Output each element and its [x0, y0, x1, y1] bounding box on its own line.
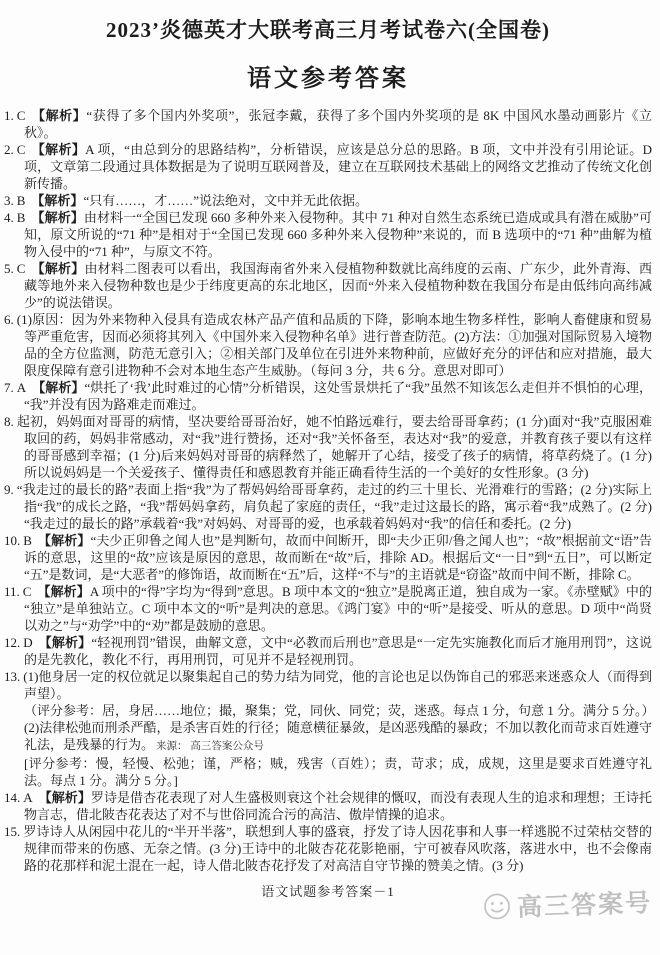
- answer-letter: A: [23, 790, 32, 805]
- analysis-tag: 【解析】: [37, 584, 89, 599]
- answer-text: “夫少正卯鲁之闻人也”是判断句，故而中间断开，即“夫少正卯/鲁之闻人也”；“故”…: [24, 533, 652, 582]
- answer-number: 2.: [4, 142, 14, 157]
- answer-item-8: 8.起初，妈妈面对哥哥的病情，坚决要给哥哥治好，她不怕路远难行，要去给哥哥拿药；…: [4, 413, 652, 481]
- answer-number: 8.: [4, 414, 14, 429]
- answer-item-1: 1.C【解析】“获得了多个国内外奖项”，张冠李戴，获得了多个国内外奖项的是 8K…: [4, 107, 652, 141]
- answer-text: A 项，“由总到分的思路结构”，分析错误，应该是总分总的思路。B 项，文中并没有…: [24, 142, 652, 191]
- answer-item-7: 7.A【解析】“烘托了‘我’此时难过的心情”分析错误，这处雪景烘托了“我”虽然不…: [4, 379, 652, 413]
- answer-item-12: 12.D【解析】“轻视刑罚”错误，曲解文意，文中“必教而后刑也”意思是“一定先实…: [4, 634, 652, 668]
- answer-text: “我走过的最长的路”表面上指“我”为了帮妈妈给哥哥拿药，走过的约三十里长、光滑难…: [17, 482, 652, 531]
- answer-text: “获得了多个国内外奖项”，张冠李戴，获得了多个国内外奖项的是 8K 中国风水墨动…: [24, 108, 652, 140]
- answer-number: 3.: [4, 193, 14, 208]
- watermark: 高三答案号: [481, 883, 652, 925]
- answer-text: (2)法律松弛而刑杀严酷，是杀害百姓的行径；随意横征暴敛，是凶恶残酷的暴政；不加…: [24, 720, 652, 752]
- analysis-tag: 【解析】: [31, 261, 84, 276]
- answer-item-6: 6.(1)原因：因为外来物种入侵具有造成农林产品产值和品质的下降，影响本地生物多…: [4, 311, 652, 379]
- answer-text: “烘托了‘我’此时难过的心情”分析错误，这处雪景烘托了“我”虽然不知该怎么走但并…: [24, 380, 652, 412]
- answer-text: “只有……，才……”说法绝对，文中并无此依据。: [83, 193, 368, 208]
- answer-text: (1)原因：因为外来物种入侵具有造成农林产品产值和品质的下降，影响本地生物多样性…: [17, 312, 652, 378]
- answer-number: 7.: [4, 380, 14, 395]
- answer-item-10: 10.B【解析】“夫少正卯鲁之闻人也”是判断句，故而中间断开，即“夫少正卯/鲁之…: [4, 532, 652, 583]
- answer-text: “轻视刑罚”错误，曲解文意，文中“必教而后刑也”意思是“一定先实施教化而后才施用…: [24, 635, 652, 667]
- answer-letter: B: [17, 193, 26, 208]
- answer-number: 13.: [4, 669, 20, 684]
- analysis-tag: 【解析】: [31, 193, 83, 208]
- answer-text: 起初，妈妈面对哥哥的病情，坚决要给哥哥治好，她不怕路远难行，要去给哥哥拿药；(1…: [17, 414, 652, 480]
- analysis-tag: 【解析】: [32, 380, 84, 395]
- answer-number: 5.: [4, 261, 14, 276]
- answer-letter: C: [17, 142, 26, 157]
- answer-text: (1)他身居一定的权位就足以聚集起自己的势力结为同党，他的言论也足以伪饰自己的邪…: [23, 669, 652, 701]
- answer-item-14: 14.A【解析】罗诗是借杏花表现了对人生盛极则衰这个社会规律的慨叹，而没有表现人…: [4, 789, 652, 823]
- answer-item-13: 13.(1)他身居一定的权位就足以聚集起自己的势力结为同党，他的言论也足以伪饰自…: [4, 668, 652, 789]
- page-subtitle: 语文参考答案: [4, 58, 652, 93]
- answer-number: 6.: [4, 312, 14, 327]
- answer-item-11: 11.C【解析】A 项中的“得”字均为“得到”意思。B 项中本文的“独立”是脱离…: [4, 583, 652, 634]
- answer-text: A 项中的“得”字均为“得到”意思。B 项中本文的“独立”是脱离正道，独自成为一…: [24, 584, 652, 633]
- answer-letter: B: [23, 533, 32, 548]
- score-note: （评分参考：居，身居……地位；撮，聚集；党，同伙、同党；荧，迷惑。每点 1 分，…: [24, 703, 655, 718]
- analysis-tag: 【解析】: [39, 790, 91, 805]
- answer-item-5: 5.C【解析】由材料二图表可以看出，我国海南省外来入侵植物种数就比高纬度的云南、…: [4, 260, 652, 311]
- analysis-tag: 【解析】: [31, 108, 86, 123]
- page-title: 2023’炎德英才大联考高三月考试卷六(全国卷): [4, 14, 652, 44]
- document-page: 2023’炎德英才大联考高三月考试卷六(全国卷) 语文参考答案 1.C【解析】“…: [0, 0, 660, 955]
- answer-letter: C: [23, 584, 32, 599]
- answer-number: 14.: [4, 790, 20, 805]
- answer-number: 4.: [4, 210, 14, 225]
- answer-text: 罗诗诗人从闲园中花儿的“半开半落”，联想到人事的盛衰，抒发了诗人因花事和人事一样…: [23, 824, 652, 873]
- answer-item-4: 4.B【解析】由材料一“全国已发现 660 多种外来入侵物种。其中 71 种对自…: [4, 209, 652, 260]
- answer-item-3: 3.B【解析】“只有……，才……”说法绝对，文中并无此依据。: [4, 192, 652, 209]
- answer-number: 1.: [4, 108, 14, 123]
- answer-item-9: 9.“我走过的最长的路”表面上指“我”为了帮妈妈给哥哥拿药，走过的约三十里长、光…: [4, 481, 652, 532]
- watermark-text: 高三答案号: [516, 883, 652, 924]
- answer-number: 11.: [4, 584, 20, 599]
- answer-item-15: 15.罗诗诗人从闲园中花儿的“半开半落”，联想到人事的盛衰，抒发了诗人因花事和人…: [4, 823, 652, 874]
- score-note: [评分参考：慢，轻慢、松弛；谨，严格；贼，残害（百姓）；责，苛求；成，成规，这里…: [24, 756, 652, 788]
- answer-number: 15.: [4, 824, 20, 839]
- answer-number: 12.: [4, 635, 20, 650]
- answers-list: 1.C【解析】“获得了多个国内外奖项”，张冠李戴，获得了多个国内外奖项的是 8K…: [4, 107, 652, 874]
- answer-number: 9.: [4, 482, 14, 497]
- analysis-tag: 【解析】: [39, 635, 92, 650]
- answer-text: 由材料二图表可以看出，我国海南省外来入侵植物种数就比高纬度的云南、广东少，此外青…: [24, 261, 652, 310]
- answer-letter: D: [23, 635, 32, 650]
- analysis-tag: 【解析】: [38, 533, 91, 548]
- answer-letter: C: [17, 261, 26, 276]
- analysis-tag: 【解析】: [31, 210, 83, 225]
- answer-text: 由材料一“全国已发现 660 多种外来入侵物种。其中 71 种对自然生态系统已造…: [24, 210, 652, 259]
- answer-item-2: 2.C【解析】A 项，“由总到分的思路结构”，分析错误，应该是总分总的思路。B …: [4, 141, 652, 192]
- answer-number: 10.: [4, 533, 20, 548]
- answer-text: 罗诗是借杏花表现了对人生盛极则衰这个社会规律的慨叹，而没有表现人生的追求和理想；…: [24, 790, 652, 822]
- answer-letter: A: [17, 380, 26, 395]
- analysis-tag: 【解析】: [31, 142, 85, 157]
- answer-letter: C: [17, 108, 26, 123]
- answer-letter: B: [17, 210, 26, 225]
- source-note: 来源： 高三答案公众号: [156, 740, 264, 752]
- smiley-icon: [482, 891, 513, 922]
